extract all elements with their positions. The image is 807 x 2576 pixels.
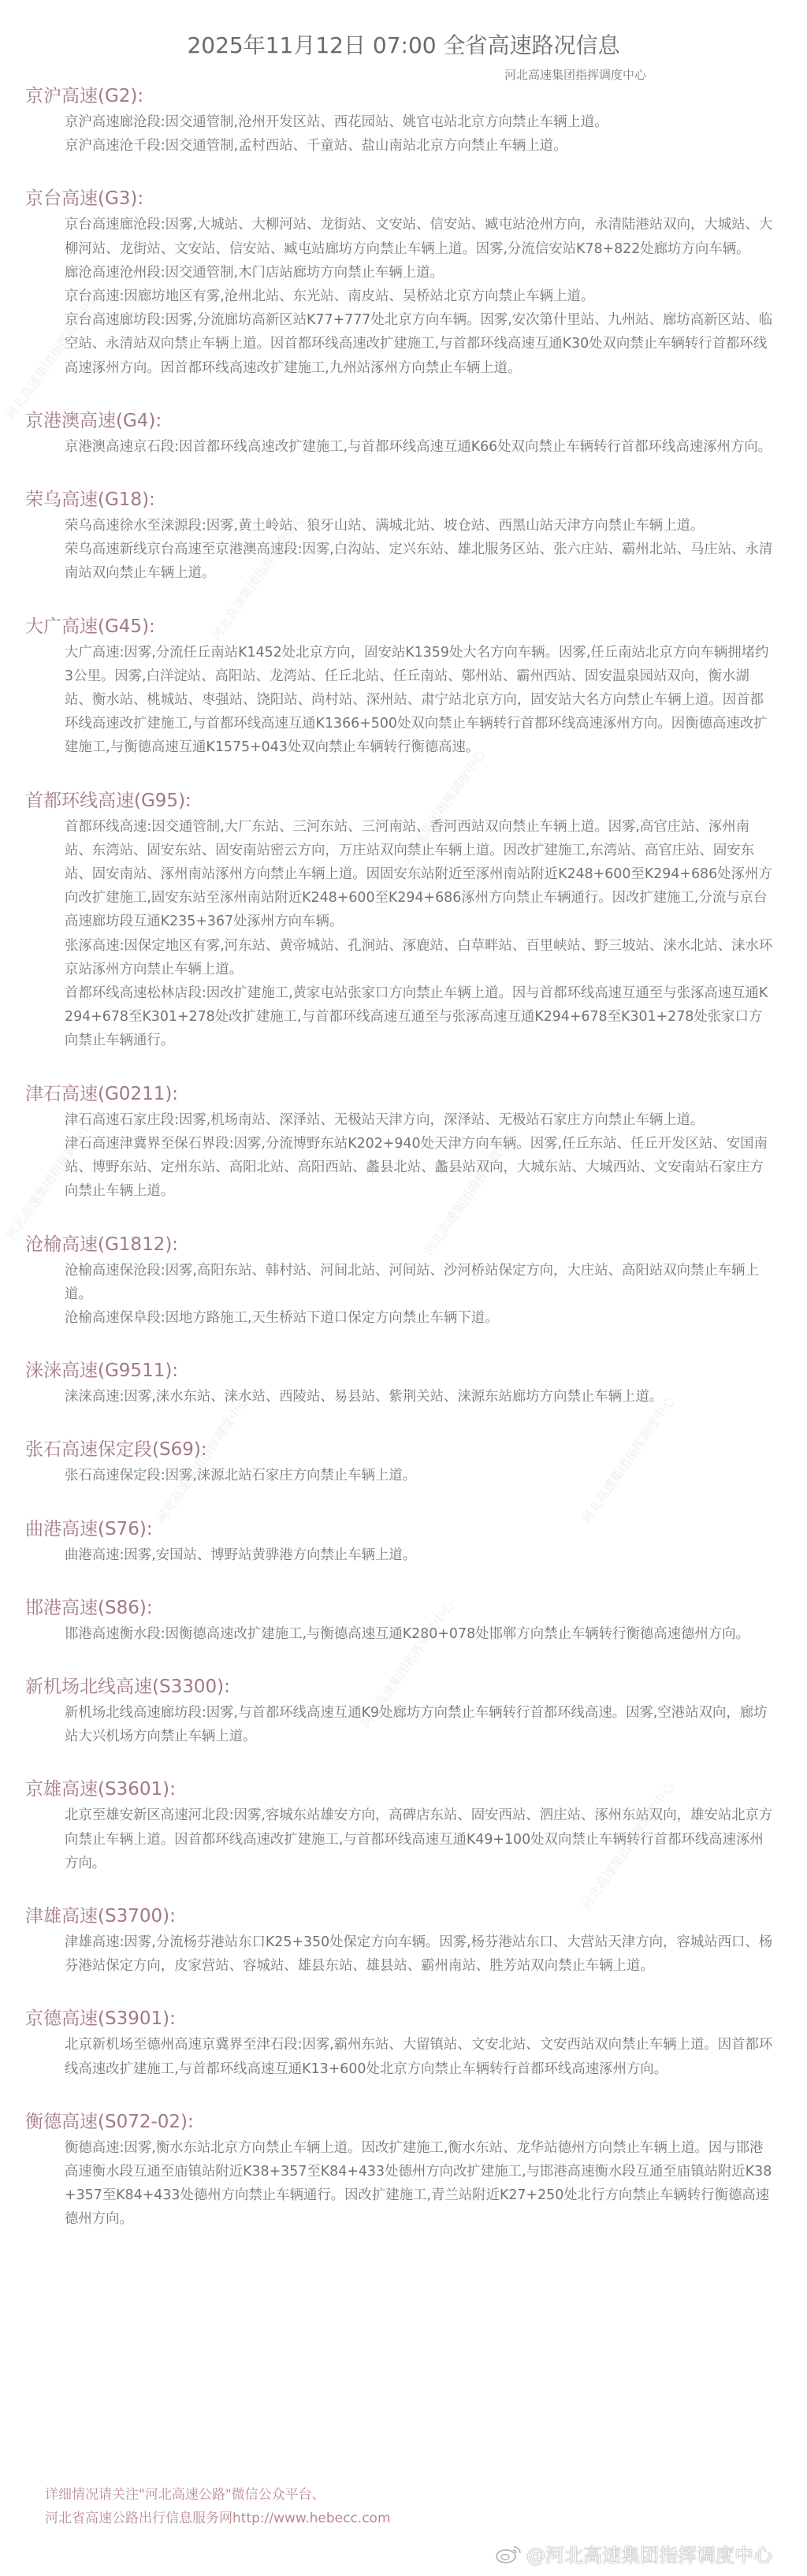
- highway-heading: 张石高速保定段(S69):: [25, 1435, 807, 1464]
- closure-notice: 京沪高速廊沧段:因交通管制,沧州开发区站、西花园站、姚官屯站北京方向禁止车辆上道…: [65, 110, 774, 134]
- highway-heading: 津雄高速(S3700):: [25, 1902, 807, 1930]
- highway-heading: 新机场北线高速(S3300):: [25, 1673, 807, 1701]
- highway-section: 京德高速(S3901):北京新机场至德州高速京冀界至津石段:因雾,霸州东站、大留…: [0, 2005, 807, 2080]
- closure-notice: 京台高速廊坊段:因雾,分流廊坊高新区站K77+777处北京方向车辆。因雾,安次第…: [65, 308, 774, 380]
- closure-notice: 首都环线高速:因交通管制,大厂东站、三河东站、三河南站、香河西站双向禁止车辆上道…: [65, 815, 774, 934]
- closure-notice: 津石高速石家庄段:因雾,机场南站、深泽站、无极站天津方向，深泽站、无极站石家庄方…: [65, 1108, 774, 1132]
- closure-notice: 北京新机场至德州高速京冀界至津石段:因雾,霸州东站、大留镇站、文安北站、文安西站…: [65, 2033, 774, 2080]
- weibo-watermark: @河北高速集团指挥调度中心: [495, 2540, 772, 2567]
- page-title: 2025年11月12日 07:00 全省高速路况信息: [0, 28, 807, 60]
- closure-notice: 张涿高速:因保定地区有雾,河东站、黄帝城站、孔涧站、涿鹿站、白草畔站、百里峡站、…: [65, 934, 774, 981]
- closure-notice: 张石高速保定段:因雾,涞源北站石家庄方向禁止车辆上道。: [65, 1464, 774, 1487]
- highway-heading: 曲港高速(S76):: [25, 1515, 807, 1543]
- highway-section: 大广高速(G45):大广高速:因雾,分流任丘南站K1452处北京方向，固安站K1…: [0, 612, 807, 760]
- road-conditions-list: 京沪高速(G2):京沪高速廊沧段:因交通管制,沧州开发区站、西花园站、姚官屯站北…: [0, 82, 807, 2258]
- closure-notice: 大广高速:因雾,分流任丘南站K1452处北京方向，固安站K1359处大名方向车辆…: [65, 641, 774, 760]
- highway-section: 涞涞高速(G9511):涞涞高速:因雾,涞水东站、涞水站、西陵站、易县站、紫荆关…: [0, 1357, 807, 1409]
- closure-notice: 津石高速津冀界至保石界段:因雾,分流博野东站K202+940处天津方向车辆。因雾…: [65, 1132, 774, 1204]
- highway-section: 张石高速保定段(S69):张石高速保定段:因雾,涞源北站石家庄方向禁止车辆上道。: [0, 1435, 807, 1487]
- closure-notice: 新机场北线高速廊坊段:因雾,与首都环线高速互通K9处廊坊方向禁止车辆转行首都环线…: [65, 1701, 774, 1748]
- highway-section: 京港澳高速(G4):京港澳高速京石段:因首都环线高速改扩建施工,与首都环线高速互…: [0, 407, 807, 459]
- closure-notice: 京台高速廊沧段:因雾,大城站、大柳河站、龙街站、文安站、信安站、臧屯站沧州方向，…: [65, 213, 774, 260]
- highway-heading: 荣乌高速(G18):: [25, 486, 807, 514]
- highway-section: 京台高速(G3):京台高速廊沧段:因雾,大城站、大柳河站、龙街站、文安站、信安站…: [0, 184, 807, 379]
- closure-notice: 津雄高速:因雾,分流杨芬港站东口K25+350处保定方向车辆。因雾,杨芬港站东口…: [65, 1930, 774, 1978]
- weibo-handle: @河北高速集团指挥调度中心: [526, 2540, 772, 2567]
- closure-notice: 京台高速:因廊坊地区有雾,沧州北站、东光站、南皮站、吴桥站北京方向禁止车辆上道。: [65, 285, 774, 308]
- closure-notice: 沧榆高速保阜段:因地方路施工,天生桥站下道口保定方向禁止车辆下道。: [65, 1306, 774, 1330]
- footer-note: 详细情况请关注"河北高速公路"微信公众平台、 河北省高速公路出行信息服务网htt…: [45, 2483, 391, 2530]
- highway-heading: 京港澳高速(G4):: [25, 407, 807, 435]
- highway-section: 津石高速(G0211):津石高速石家庄段:因雾,机场南站、深泽站、无极站天津方向…: [0, 1080, 807, 1204]
- highway-section: 荣乌高速(G18):荣乌高速徐水至涞源段:因雾,黄土岭站、狼牙山站、满城北站、坡…: [0, 486, 807, 586]
- highway-heading: 京雄高速(S3601):: [25, 1775, 807, 1804]
- footer-line-wechat: 详细情况请关注"河北高速公路"微信公众平台、: [45, 2483, 391, 2507]
- highway-section: 曲港高速(S76):曲港高速:因雾,安国站、博野站黄骅港方向禁止车辆上道。: [0, 1515, 807, 1567]
- highway-heading: 沧榆高速(G1812):: [25, 1230, 807, 1259]
- closure-notice: 沧榆高速保沧段:因雾,高阳东站、韩村站、河间北站、河间站、沙河桥站保定方向，大庄…: [65, 1259, 774, 1306]
- closure-notice: 荣乌高速新线京台高速至京港澳高速段:因雾,白沟站、定兴东站、雄北服务区站、张六庄…: [65, 538, 774, 585]
- closure-notice: 北京至雄安新区高速河北段:因雾,容城东站雄安方向，高碑店东站、固安西站、泗庄站、…: [65, 1804, 774, 1875]
- highway-heading: 津石高速(G0211):: [25, 1080, 807, 1108]
- highway-section: 邯港高速(S86):邯港高速衡水段:因衡德高速改扩建施工,与衡德高速互通K280…: [0, 1594, 807, 1646]
- closure-notice: 邯港高速衡水段:因衡德高速改扩建施工,与衡德高速互通K280+078处邯郸方向禁…: [65, 1622, 774, 1646]
- highway-section: 衡德高速(S072-02):衡德高速:因雾,衡水东站北京方向禁止车辆上道。因改扩…: [0, 2108, 807, 2232]
- highway-heading: 京台高速(G3):: [25, 184, 807, 213]
- highway-heading: 首都环线高速(G95):: [25, 787, 807, 815]
- closure-notice: 京港澳高速京石段:因首都环线高速改扩建施工,与首都环线高速互通K66处双向禁止车…: [65, 435, 774, 459]
- closure-notice: 京沪高速沧千段:因交通管制,孟村西站、千童站、盐山南站北京方向禁止车辆上道。: [65, 134, 774, 158]
- highway-heading: 京德高速(S3901):: [25, 2005, 807, 2033]
- highway-section: 沧榆高速(G1812):沧榆高速保沧段:因雾,高阳东站、韩村站、河间北站、河间站…: [0, 1230, 807, 1331]
- closure-notice: 衡德高速:因雾,衡水东站北京方向禁止车辆上道。因改扩建施工,衡水东站、龙华站德州…: [65, 2136, 774, 2232]
- highway-section: 新机场北线高速(S3300):新机场北线高速廊坊段:因雾,与首都环线高速互通K9…: [0, 1673, 807, 1748]
- issuer-subtitle: 河北高速集团指挥调度中心: [504, 66, 646, 83]
- highway-heading: 衡德高速(S072-02):: [25, 2108, 807, 2136]
- closure-notice: 荣乌高速徐水至涞源段:因雾,黄土岭站、狼牙山站、满城北站、坡仓站、西黑山站天津方…: [65, 514, 774, 538]
- highway-heading: 邯港高速(S86):: [25, 1594, 807, 1622]
- closure-notice: 曲港高速:因雾,安国站、博野站黄骅港方向禁止车辆上道。: [65, 1543, 774, 1567]
- closure-notice: 首都环线高速松林店段:因改扩建施工,黄家屯站张家口方向禁止车辆上道。因与首都环线…: [65, 981, 774, 1053]
- highway-heading: 涞涞高速(G9511):: [25, 1357, 807, 1385]
- closure-notice: 涞涞高速:因雾,涞水东站、涞水站、西陵站、易县站、紫荆关站、涞源东站廊坊方向禁止…: [65, 1385, 774, 1409]
- highway-heading: 大广高速(G45):: [25, 612, 807, 641]
- footer-line-website[interactable]: 河北省高速公路出行信息服务网http://www.hebecc.com: [45, 2507, 391, 2530]
- weibo-icon: [495, 2544, 522, 2564]
- closure-notice: 廊沧高速沧州段:因交通管制,木门店站廊坊方向禁止车辆上道。: [65, 261, 774, 285]
- highway-section: 京沪高速(G2):京沪高速廊沧段:因交通管制,沧州开发区站、西花园站、姚官屯站北…: [0, 82, 807, 158]
- highway-heading: 京沪高速(G2):: [25, 82, 807, 110]
- highway-section: 津雄高速(S3700):津雄高速:因雾,分流杨芬港站东口K25+350处保定方向…: [0, 1902, 807, 1978]
- highway-section: 京雄高速(S3601):北京至雄安新区高速河北段:因雾,容城东站雄安方向，高碑店…: [0, 1775, 807, 1875]
- highway-section: 首都环线高速(G95):首都环线高速:因交通管制,大厂东站、三河东站、三河南站、…: [0, 787, 807, 1053]
